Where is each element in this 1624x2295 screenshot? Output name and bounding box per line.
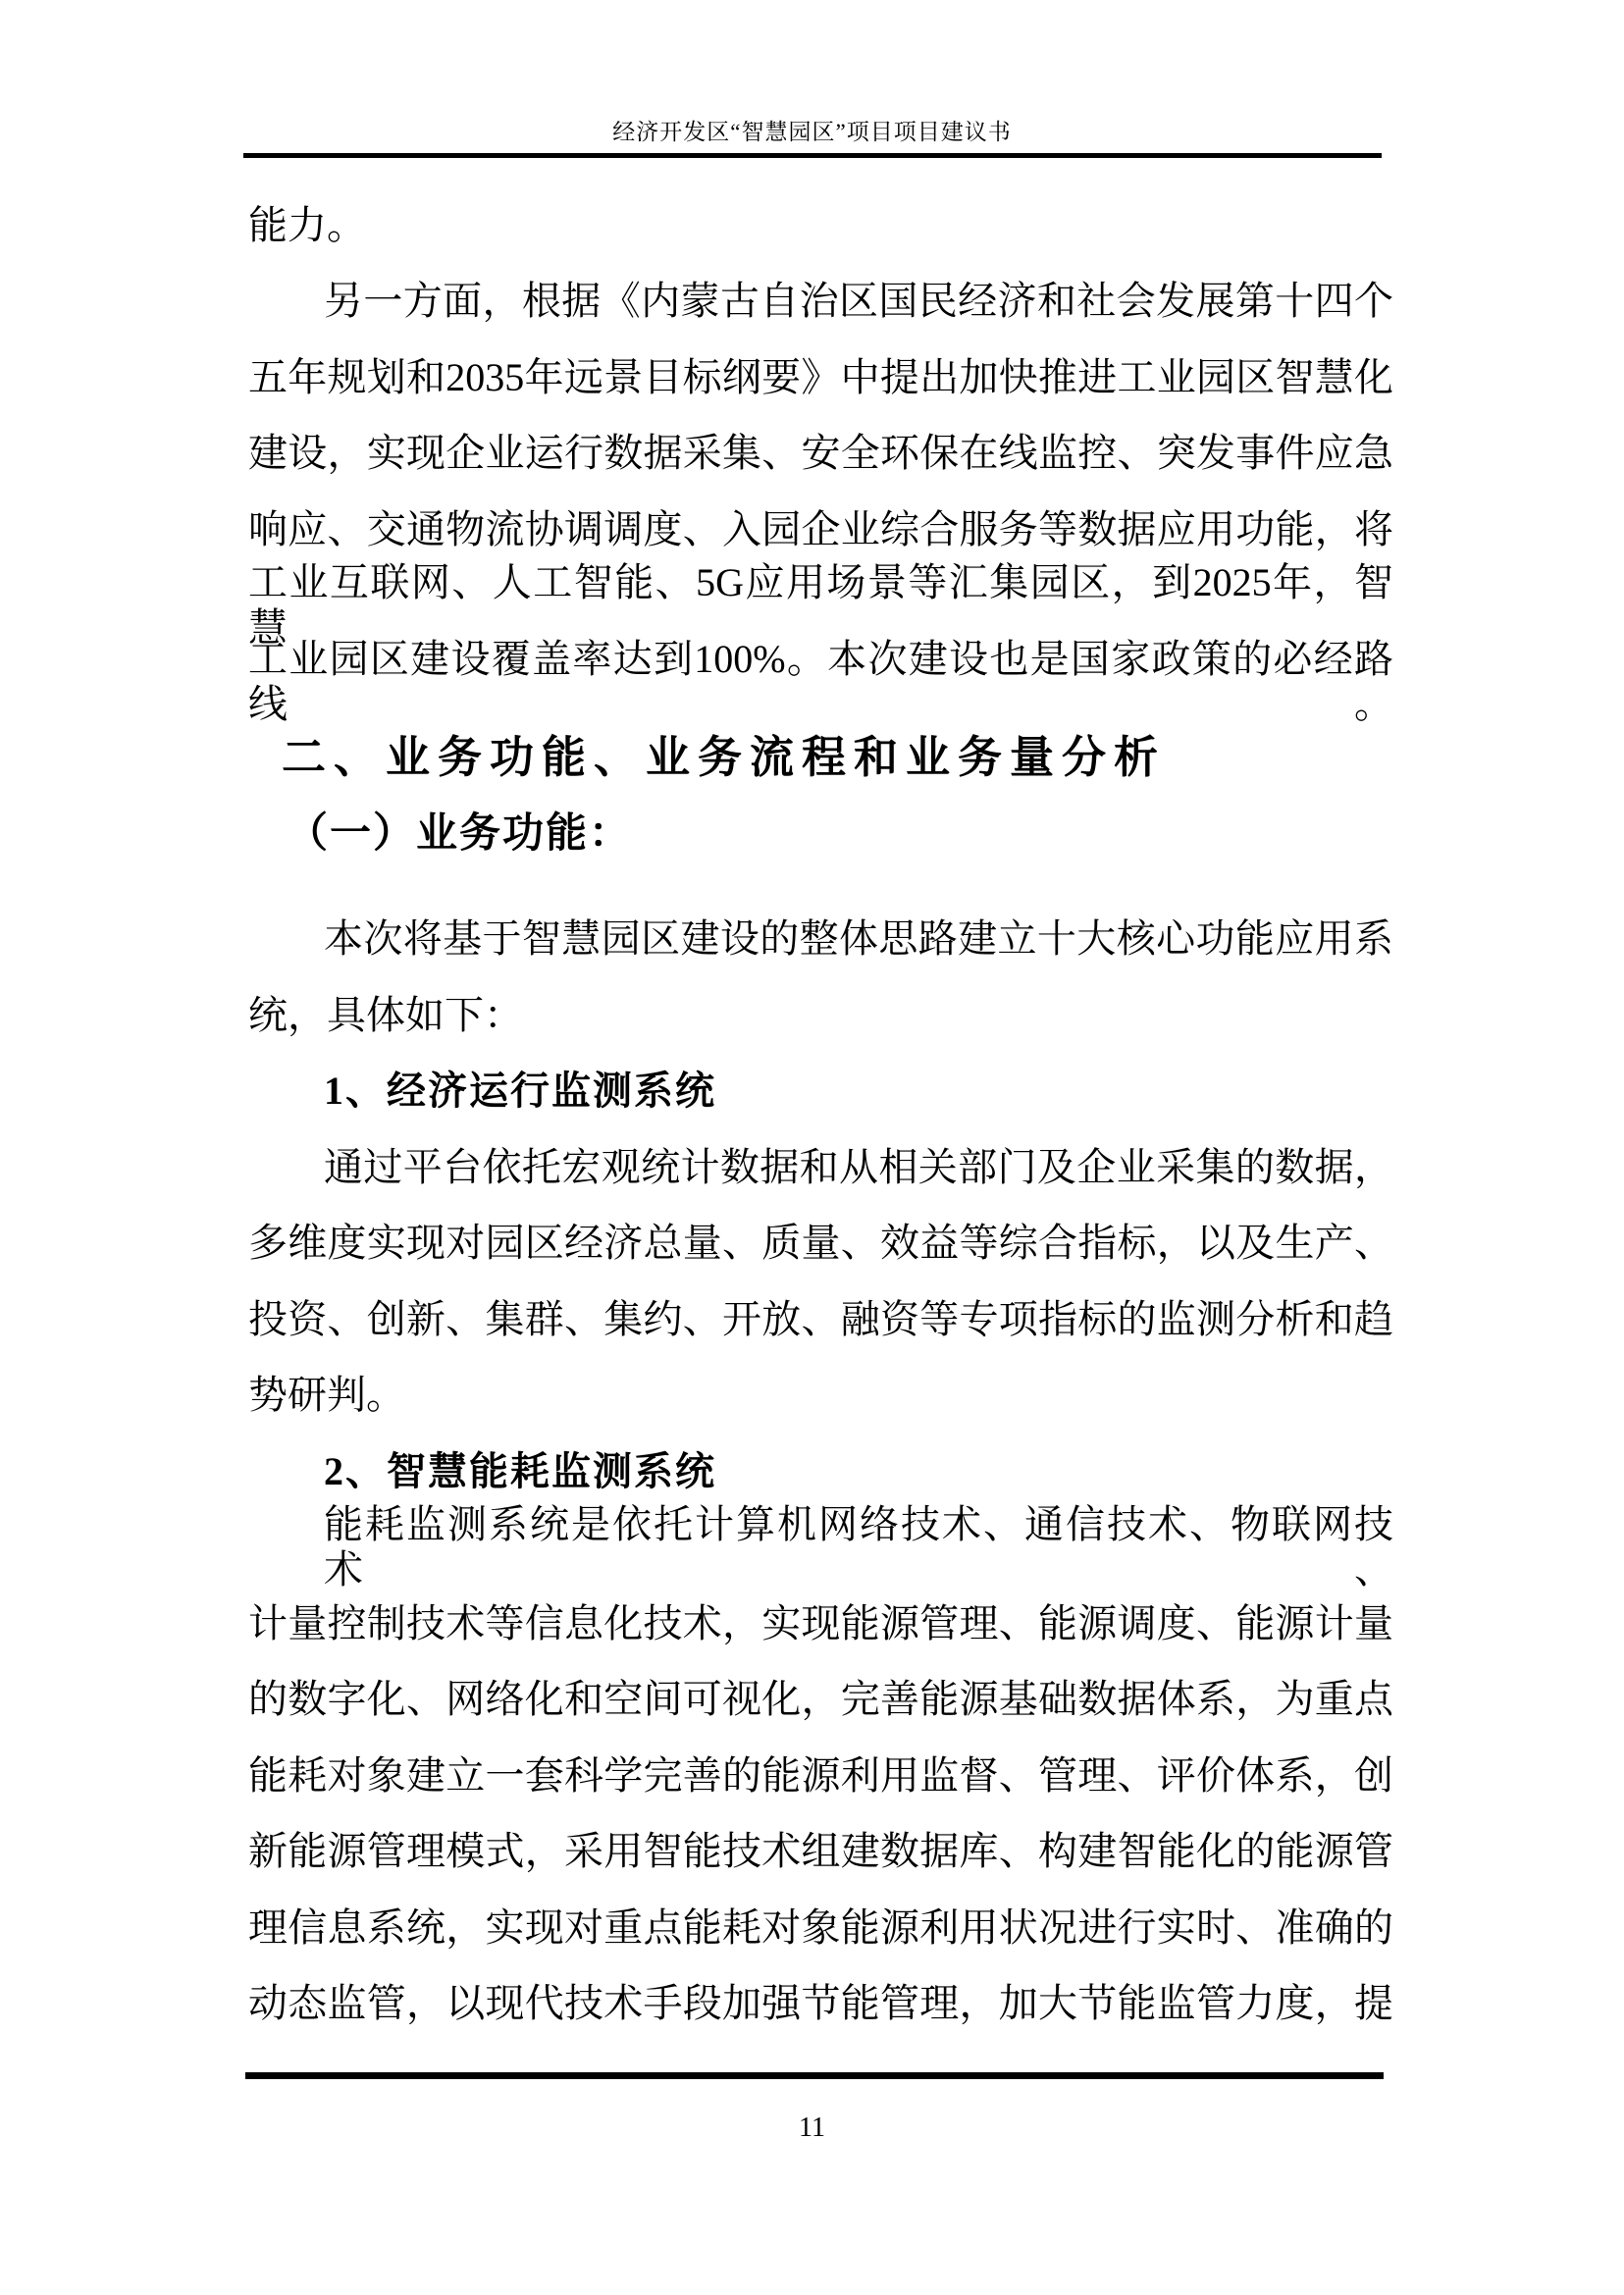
body-text-line: 另一方面，根据《内蒙古自治区国民经济和社会发展第十四个 xyxy=(248,279,1393,324)
text-line: 能力。 xyxy=(248,187,1393,264)
text-line: 投资、创新、集群、集约、开放、融资等专项指标的监测分析和趋 xyxy=(248,1281,1393,1358)
header-title: 经济开发区“智慧园区”项目项目建议书 xyxy=(612,120,1011,144)
text-line: 多维度实现对园区经济总量、质量、效益等综合指标，以及生产、 xyxy=(248,1206,1393,1282)
text-line: 新能源管理模式，采用智能技术组建数据库、构建智能化的能源管 xyxy=(248,1814,1393,1891)
text-line: 建设，实现企业运行数据采集、安全环保在线监控、突发事件应急 xyxy=(248,416,1393,493)
body-text-line: 响应、交通物流协调调度、入园企业综合服务等数据应用功能，将 xyxy=(248,507,1393,552)
text-line: 五年规划和2035年远景目标纲要》中提出加快推进工业园区智慧化 xyxy=(248,339,1393,416)
section-heading: 2、智慧能耗监测系统 xyxy=(248,1449,1393,1494)
text-line: 计量控制技术等信息化技术，实现能源管理、能源调度、能源计量 xyxy=(248,1586,1393,1662)
body-text-line: 工业园区建设覆盖率达到100%。本次建设也是国家政策的必经路线。 xyxy=(248,637,1393,727)
body-text-line: 的数字化、网络化和空间可视化，完善能源基础数据体系，为重点 xyxy=(248,1677,1393,1722)
text-line: 统，具体如下： xyxy=(248,977,1393,1054)
body-text-line: 本次将基于智慧园区建设的整体思路建立十大核心功能应用系 xyxy=(248,916,1393,962)
page-header: 经济开发区“智慧园区”项目项目建议书 xyxy=(0,120,1624,145)
body-text-line: 通过平台依托宏观统计数据和从相关部门及企业采集的数据， xyxy=(248,1145,1393,1190)
text-line: 另一方面，根据《内蒙古自治区国民经济和社会发展第十四个 xyxy=(248,264,1393,340)
body-text-line: 能耗监测系统是依托计算机网络技术、通信技术、物联网技术、 xyxy=(248,1502,1393,1592)
text-line: （一）业务功能： xyxy=(248,796,1393,872)
body-text-line: 建设，实现企业运行数据采集、安全环保在线监控、突发事件应急 xyxy=(248,431,1393,476)
section-heading: 1、经济运行监测系统 xyxy=(248,1069,1393,1114)
body-text-line: 投资、创新、集群、集约、开放、融资等专项指标的监测分析和趋 xyxy=(248,1297,1393,1342)
text-line: 动态监管，以现代技术手段加强节能管理，加大节能监管力度，提 xyxy=(248,1966,1393,2043)
text-line: 通过平台依托宏观统计数据和从相关部门及企业采集的数据， xyxy=(248,1129,1393,1206)
body-text-line: 能耗对象建立一套科学完善的能源利用监督、管理、评价体系，创 xyxy=(248,1753,1393,1799)
body-text-line: 计量控制技术等信息化技术，实现能源管理、能源调度、能源计量 xyxy=(248,1601,1393,1646)
document-page: 经济开发区“智慧园区”项目项目建议书 能力。另一方面，根据《内蒙古自治区国民经济… xyxy=(0,0,1624,2295)
text-line: 势研判。 xyxy=(248,1358,1393,1434)
text-line: 二、业务功能、业务流程和业务量分析 xyxy=(248,720,1393,797)
body-text-line: 统，具体如下： xyxy=(248,993,1393,1038)
text-line: 2、智慧能耗监测系统 xyxy=(248,1434,1393,1510)
text-line: 理信息系统，实现对重点能耗对象能源利用状况进行实时、准确的 xyxy=(248,1890,1393,1966)
text-line: 工业互联网、人工智能、5G应用场景等汇集园区，到2025年，智慧 xyxy=(248,568,1393,645)
text-line: 本次将基于智慧园区建设的整体思路建立十大核心功能应用系 xyxy=(248,902,1393,978)
body-text-line: 能力。 xyxy=(248,203,1393,248)
section-heading: （一）业务功能： xyxy=(248,811,1393,857)
text-line: 能耗对象建立一套科学完善的能源利用监督、管理、评价体系，创 xyxy=(248,1738,1393,1814)
body-text-line: 新能源管理模式，采用智能技术组建数据库、构建智能化的能源管 xyxy=(248,1829,1393,1874)
body-text-line: 理信息系统，实现对重点能耗对象能源利用状况进行实时、准确的 xyxy=(248,1905,1393,1951)
footer-rule xyxy=(245,2072,1384,2079)
text-line: 工业园区建设覆盖率达到100%。本次建设也是国家政策的必经路线。 xyxy=(248,644,1393,720)
body-text-line: 五年规划和2035年远景目标纲要》中提出加快推进工业园区智慧化 xyxy=(248,355,1393,400)
text-line: 能耗监测系统是依托计算机网络技术、通信技术、物联网技术、 xyxy=(248,1510,1393,1587)
body-text-line: 势研判。 xyxy=(248,1373,1393,1418)
section-heading: 二、业务功能、业务流程和业务量分析 xyxy=(248,735,1393,780)
text-line: 1、经济运行监测系统 xyxy=(248,1054,1393,1130)
body-text-line: 动态监管，以现代技术手段加强节能管理，加大节能监管力度，提 xyxy=(248,1981,1393,2026)
document-body: 能力。另一方面，根据《内蒙古自治区国民经济和社会发展第十四个五年规划和2035年… xyxy=(248,187,1393,2042)
body-text-line: 多维度实现对园区经济总量、质量、效益等综合指标，以及生产、 xyxy=(248,1221,1393,1266)
page-number: 11 xyxy=(0,2112,1624,2145)
text-line: 的数字化、网络化和空间可视化，完善能源基础数据体系，为重点 xyxy=(248,1662,1393,1739)
header-rule xyxy=(243,153,1382,158)
text-line: 响应、交通物流协调调度、入园企业综合服务等数据应用功能，将 xyxy=(248,492,1393,568)
